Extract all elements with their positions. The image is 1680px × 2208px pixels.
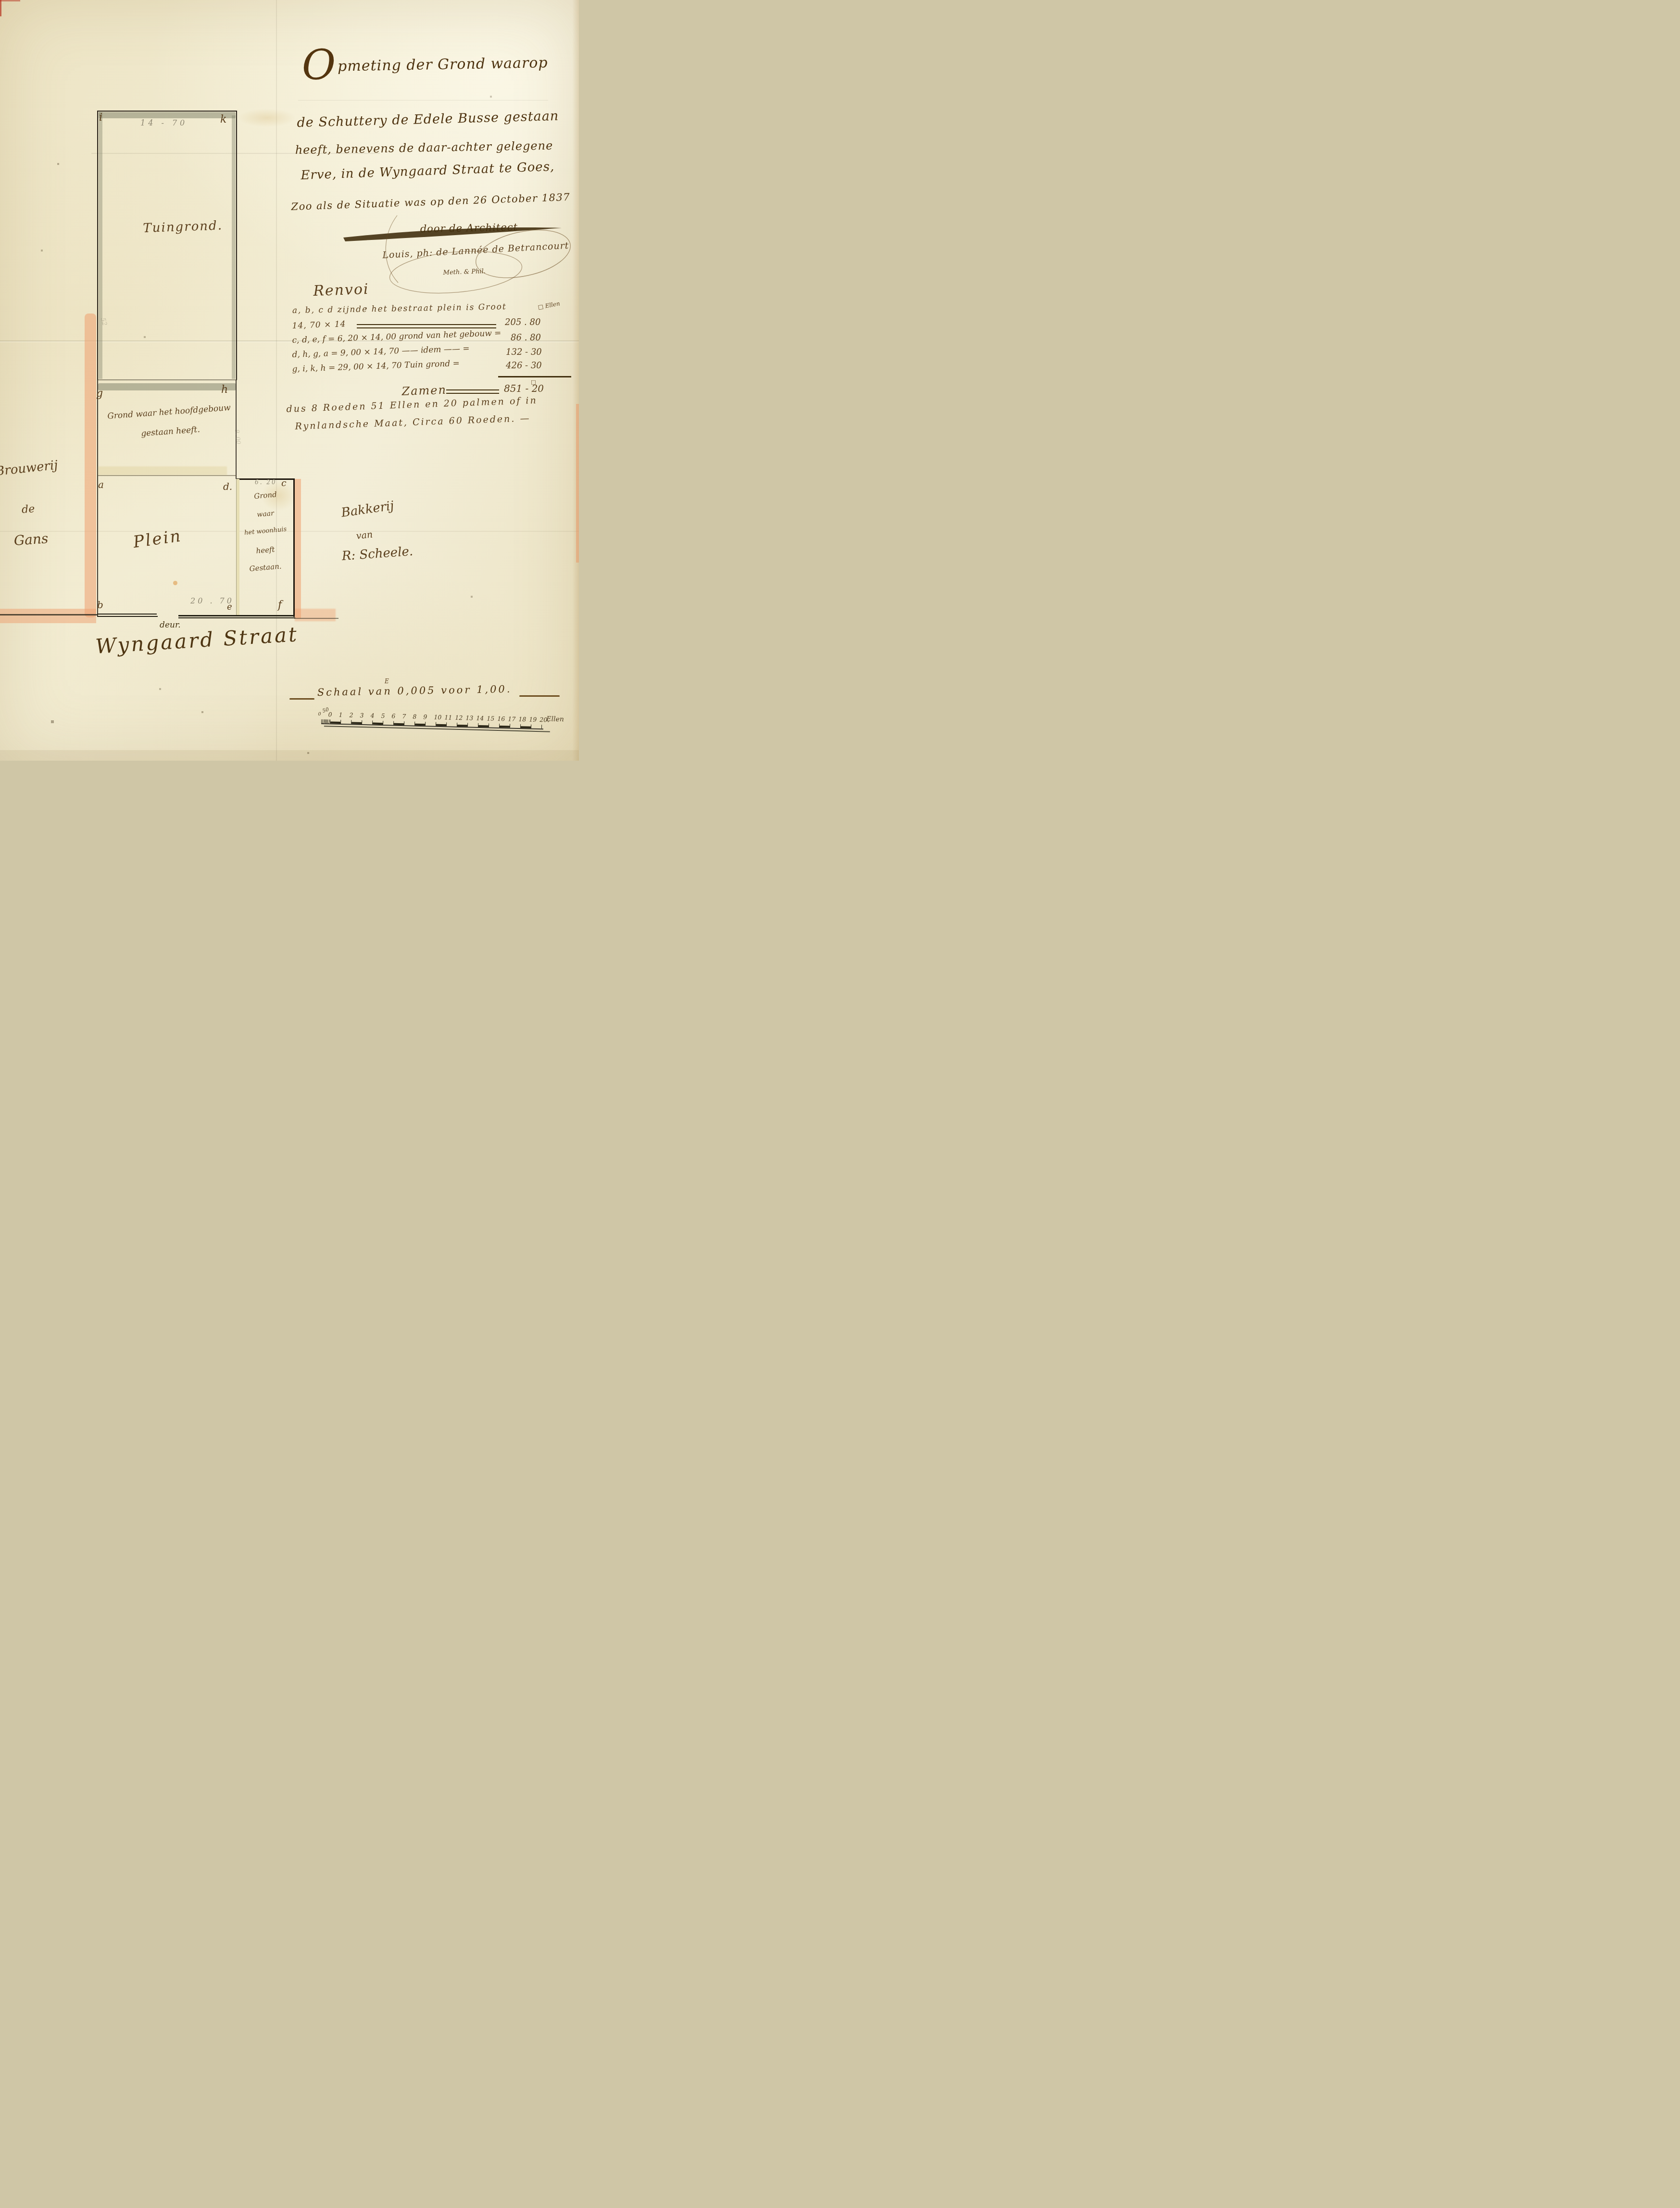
scale-ruler-number: 2 bbox=[349, 711, 353, 718]
renvoi-total-label: Zamen bbox=[401, 383, 447, 398]
corner-label-k: k bbox=[220, 113, 226, 125]
area-label-plein: Plein bbox=[132, 526, 183, 552]
corner-label-f: f bbox=[278, 599, 282, 611]
neighbor-west-line1: Brouwerij bbox=[0, 458, 59, 479]
renvoi-row1-value: 205 . 80 bbox=[505, 317, 540, 327]
signature-flourish-left-swash bbox=[386, 215, 398, 283]
dwelling-strip-right-wall bbox=[293, 478, 295, 617]
pink-wash-west-boundary bbox=[85, 314, 96, 617]
renvoi-row3-value: 132 - 30 bbox=[506, 347, 542, 357]
garden-plot-outline bbox=[97, 111, 237, 380]
scale-ruler-division bbox=[446, 722, 457, 727]
title-guide-line bbox=[298, 100, 548, 100]
renvoi-total-value: 851 - 20 bbox=[504, 383, 544, 394]
neighbor-east-line1: Bakkerij bbox=[340, 499, 395, 520]
scale-ruler-number: 6 bbox=[391, 713, 395, 720]
scale-ruler-division bbox=[362, 720, 372, 725]
scale-ruler-division bbox=[436, 722, 446, 727]
area-label-hoofdgebouw-line2: gestaan heeft. bbox=[141, 425, 201, 439]
scale-ruler-division bbox=[531, 725, 541, 729]
scan-artifact-red-left bbox=[0, 0, 1, 16]
neighbor-west-line3: Gans bbox=[13, 530, 49, 549]
renvoi-row3-label: d, h, g, a = 9, 00 × 14, 70 —— idem —— = bbox=[292, 344, 470, 360]
neighbor-west-line2: de bbox=[21, 503, 35, 516]
renvoi-row1-calc: 14, 70 × 14 bbox=[292, 319, 346, 331]
corner-label-g: g bbox=[96, 388, 103, 400]
garden-wash-right bbox=[232, 115, 236, 379]
renvoi-row2-value: 86 . 80 bbox=[511, 333, 541, 343]
scale-ruler-number: 11 bbox=[444, 714, 452, 721]
scale-ruler-division bbox=[425, 722, 436, 726]
area-label-woonhuis-line3: het woonhuis bbox=[238, 525, 293, 537]
scale-ruler-division bbox=[351, 720, 362, 725]
area-label-woonhuis-line2: waar bbox=[238, 508, 293, 520]
plein-top-pencil-line bbox=[98, 475, 237, 476]
street-wall-left-line2 bbox=[97, 616, 158, 617]
scale-caption-dash-left bbox=[289, 698, 314, 700]
pink-wash-southwest-street bbox=[0, 609, 96, 623]
plein-top-tan-smear bbox=[98, 466, 227, 475]
renvoi-row4-value: 426 - 30 bbox=[506, 361, 542, 371]
scale-ruler-number: 4 bbox=[370, 712, 374, 719]
renvoi-total-double-rule bbox=[446, 389, 499, 394]
scale-ruler-number: 1 bbox=[339, 711, 342, 718]
scale-ruler-division bbox=[414, 722, 425, 726]
corner-label-d: d. bbox=[223, 481, 232, 492]
renvoi-heading: Renvoi bbox=[313, 281, 369, 300]
scale-ruler: 0 50 Ellen 01234567891011121314151617181… bbox=[321, 717, 552, 738]
scale-ruler-division bbox=[372, 721, 383, 725]
paper-right-edge bbox=[572, 0, 579, 761]
dimension-dwelling-top: 6. 20 bbox=[255, 479, 277, 486]
area-label-hoofdgebouw-line1: Grond waar het hoofdgebouw bbox=[107, 403, 231, 421]
scale-ruler-division bbox=[510, 724, 520, 728]
scale-ruler-division bbox=[340, 720, 351, 724]
stain-top-right-of-garden bbox=[238, 109, 296, 127]
scale-ruler-number: 5 bbox=[381, 712, 385, 719]
title-line3: heeft, benevens de daar-achter gelegene bbox=[295, 139, 553, 157]
title-line1-text: pmeting der Grond waarop bbox=[338, 54, 548, 75]
scale-caption: Schaal van 0,005 voor 1,00. bbox=[317, 683, 512, 698]
renvoi-sum-rule bbox=[498, 376, 571, 377]
title-line2: de Schuttery de Edele Busse gestaan bbox=[297, 109, 559, 130]
scale-ruler-division bbox=[383, 721, 393, 725]
scale-ruler-number: 13 bbox=[465, 714, 473, 721]
renvoi-row2-label: c, d, e, f = 6, 20 × 14, 00 grond van he… bbox=[292, 328, 501, 345]
street-wall-right-line1 bbox=[178, 615, 294, 616]
corner-label-a: a bbox=[98, 479, 104, 490]
paper-specks bbox=[0, 0, 1, 1]
street-label: Wyngaard Straat bbox=[95, 622, 299, 658]
corner-label-i: i bbox=[99, 112, 102, 124]
scale-ruler-number: 8 bbox=[413, 713, 416, 720]
scale-ruler-number: 10 bbox=[434, 714, 441, 721]
scale-ruler-number: 19 bbox=[529, 716, 537, 723]
scale-caption-dash-right bbox=[519, 695, 560, 697]
scale-ruler-fine-segment bbox=[321, 719, 330, 723]
scale-ruler-division bbox=[393, 721, 404, 726]
scale-ruler-division bbox=[404, 721, 414, 726]
scale-ruler-number: 20. bbox=[539, 716, 549, 723]
scale-caption-superscript: E bbox=[385, 678, 389, 685]
scale-ruler-number: 0 bbox=[328, 711, 332, 718]
dimension-garden-top: 14 - 70 bbox=[140, 118, 188, 127]
garden-wash-bottom-band bbox=[98, 383, 236, 390]
area-label-tuingrond: Tuingrond. bbox=[143, 218, 223, 236]
title-line4: Erve, in de Wyngaard Straat te Goes, bbox=[301, 160, 555, 183]
scale-ruler-number: 9 bbox=[423, 713, 427, 720]
scan-artifact-red-top bbox=[0, 0, 20, 1]
renvoi-unit-header: □ Ellen bbox=[538, 300, 561, 311]
door-label: deur. bbox=[160, 620, 181, 630]
scale-ruler-division bbox=[330, 719, 340, 724]
corner-label-h: h bbox=[221, 384, 228, 396]
street-line-west-extension bbox=[0, 614, 97, 615]
scale-ruler-number: 7 bbox=[402, 713, 406, 720]
scale-ruler-division bbox=[499, 724, 510, 728]
renvoi-row4-label: g, i, k, h = 29, 00 × 14, 70 Tuin grond … bbox=[292, 359, 460, 374]
renvoi-row1-double-rule bbox=[357, 324, 496, 328]
scale-ruler-number: 12 bbox=[455, 714, 463, 721]
scale-ruler-number: 15 bbox=[487, 715, 494, 722]
scale-ruler-division bbox=[478, 723, 489, 728]
paper-right-edge-pink bbox=[576, 404, 579, 563]
scale-ruler-number: 18 bbox=[518, 715, 526, 723]
scanned-survey-document: i k 14 - 70 Tuingrond. 52 g h Grond waar… bbox=[0, 0, 579, 761]
pencil-mark-right-wall: 9. 00 bbox=[234, 429, 242, 445]
renvoi-note-line1: dus 8 Roeden 51 Ellen en 20 palmen of in bbox=[286, 395, 538, 414]
area-label-woonhuis-line5: Gestaan. bbox=[238, 561, 292, 574]
architect-underline-stroke bbox=[343, 227, 562, 241]
scale-ruler-number: 16 bbox=[497, 715, 505, 722]
corner-label-b: b bbox=[97, 599, 103, 611]
scale-ruler-number: 17 bbox=[508, 715, 515, 722]
garden-bottom-pencil-line bbox=[98, 379, 237, 380]
stain-plein-dot bbox=[173, 581, 177, 585]
paper-bottom-shade bbox=[0, 750, 579, 761]
pink-wash-southeast-street bbox=[295, 609, 336, 621]
corner-label-e: e bbox=[227, 602, 232, 612]
signature-flourish-oval-lower bbox=[388, 246, 524, 298]
west-wall-lower bbox=[97, 380, 98, 616]
title-line1: Opmeting der Grond waarop bbox=[301, 54, 548, 75]
street-line-east-extension bbox=[294, 618, 339, 619]
corner-label-c: c bbox=[281, 478, 287, 489]
area-label-woonhuis-line4: heeft bbox=[238, 543, 292, 557]
title-initial-flourish: O bbox=[301, 41, 336, 89]
scale-ruler-division bbox=[467, 723, 478, 727]
neighbor-east-line3: R: Scheele. bbox=[341, 544, 414, 564]
scale-ruler-division bbox=[520, 724, 531, 728]
scale-ruler-pre-label-0: 0 bbox=[318, 712, 321, 717]
street-wall-left-line1 bbox=[97, 614, 157, 615]
renvoi-note-line2: Rynlandsche Maat, Circa 60 Roeden. — bbox=[295, 413, 531, 432]
scale-ruler-number: 14 bbox=[476, 715, 484, 722]
scale-ruler-division bbox=[457, 723, 467, 727]
neighbor-east-line2: van bbox=[356, 529, 373, 541]
renvoi-row1-label: a, b, c d zijnde het bestraat plein is G… bbox=[292, 302, 507, 315]
street-wall-right-line2 bbox=[178, 617, 295, 618]
scale-ruler-division bbox=[489, 724, 499, 728]
garden-wash-left bbox=[99, 112, 102, 379]
scale-ruler-number: 3 bbox=[360, 712, 364, 719]
garden-wash-top bbox=[99, 112, 236, 118]
